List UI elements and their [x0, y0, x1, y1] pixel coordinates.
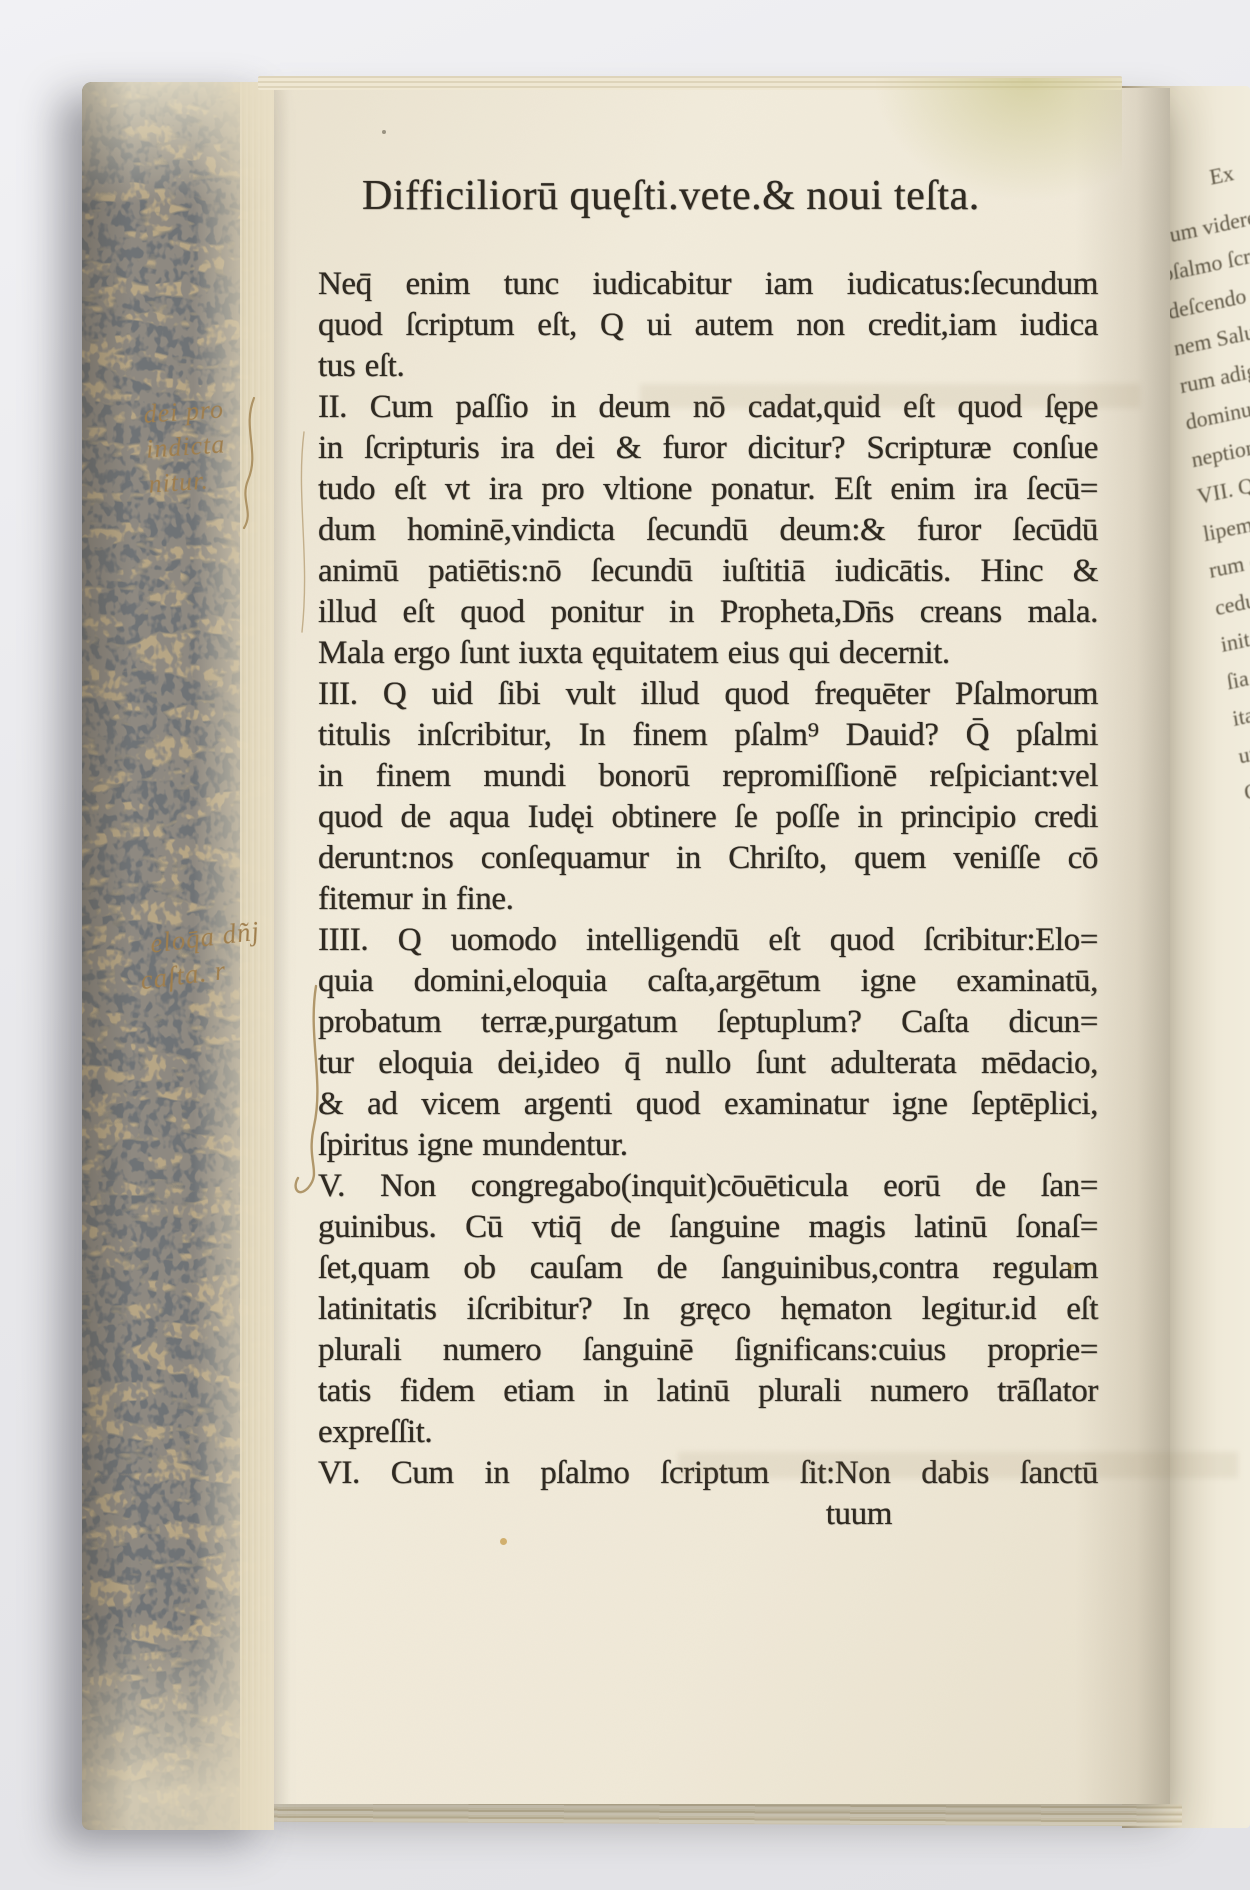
printed-line: tur eloquia dei,ideo q̄ nullo ſunt adult… — [318, 1043, 1098, 1084]
paper-speck — [500, 1538, 507, 1545]
printed-line: quod ſcriptum eſt, Q ui autem non credit… — [318, 305, 1098, 346]
paper-speck — [382, 130, 386, 134]
printed-line: tus eſt. — [318, 346, 1098, 387]
marginal-note-1: dei proindictanitur. — [142, 391, 230, 501]
printed-line: tudo eſt vt ira pro vltione ponatur. Eſt… — [318, 469, 1098, 510]
printed-line: quia domini,eloquia caſta,argētum igne e… — [318, 961, 1098, 1002]
printed-line: dum hominē,vindicta ſecundū deum:& furor… — [318, 510, 1098, 551]
photo-background: Extrum videre copſalmo ſcribiturdeſcendo… — [0, 0, 1250, 1890]
printed-line: plurali numero ſanguinē ſignificans:cuiu… — [318, 1330, 1098, 1371]
text-block: Neq̄ enim tunc iudicabitur iam iudicatus… — [318, 264, 1098, 1535]
printed-page: Difficiliorū quęſti.vete.& noui teſta. N… — [260, 88, 1170, 1804]
printed-line: in finem mundi bonorū repromiſſionē reſp… — [318, 756, 1098, 797]
marginal-note-line: nitur. — [147, 461, 230, 502]
marginal-note-line: dei pro — [142, 391, 225, 432]
printed-line: latinitatis iſcribitur? In gręco hęmaton… — [318, 1289, 1098, 1330]
printed-line: illud eſt quod ponitur in Propheta,Dn̄s … — [318, 592, 1098, 633]
printed-line: V. Non congregabo(inquit)cōuēticula eorū… — [318, 1166, 1098, 1207]
printed-line: IIII. Q uomodo intelligendū eſt quod ſcr… — [318, 920, 1098, 961]
marginal-note-line: indicta — [145, 426, 228, 467]
printed-line: probatum terræ,purgatum ſeptuplum? Caſta… — [318, 1002, 1098, 1043]
printed-line: guinibus. Cū vtiq̄ de ſanguine magis lat… — [318, 1207, 1098, 1248]
printed-line: animū patiētis:nō ſecundū iuſtitiā iudic… — [318, 551, 1098, 592]
marginal-note-2: eloq̄a dñjcaſta. r — [148, 914, 266, 997]
printed-line: III. Q uid ſibi vult illud quod frequēte… — [318, 674, 1098, 715]
printed-line: titulis inſcribitur, In finem pſalm⁹ Dau… — [318, 715, 1098, 756]
printed-line: expreſſit. — [318, 1412, 1098, 1453]
printed-line: tuum — [318, 1494, 1098, 1535]
showthrough-smudge — [640, 384, 1140, 408]
printed-line: Neq̄ enim tunc iudicabitur iam iudicatus… — [318, 264, 1098, 305]
printed-line: ſet,quam ob cauſam de ſanguinibus,contra… — [318, 1248, 1098, 1289]
open-book: Extrum videre copſalmo ſcribiturdeſcendo… — [82, 76, 1250, 1838]
printed-line: Mala ergo ſunt iuxta ęquitatem eius qui … — [318, 633, 1098, 674]
showthrough-smudge — [678, 1452, 1238, 1478]
printed-line: derunt:nos conſequamur in Chriſto, quem … — [318, 838, 1098, 879]
printed-line: tatis fidem etiam in latinū plurali nume… — [318, 1371, 1098, 1412]
paper-speck — [1068, 1264, 1074, 1270]
printed-line: in ſcripturis ira dei & furor dicitur? S… — [318, 428, 1098, 469]
printed-line: & ad vicem argenti quod examinatur igne … — [318, 1084, 1098, 1125]
printed-line: fitemur in fine. — [318, 879, 1098, 920]
printed-line: quod de aqua Iudęi obtinere ſe poſſe in … — [318, 797, 1098, 838]
printed-line: ſpiritus igne mundentur. — [318, 1125, 1098, 1166]
page-block-tint — [872, 78, 1122, 203]
